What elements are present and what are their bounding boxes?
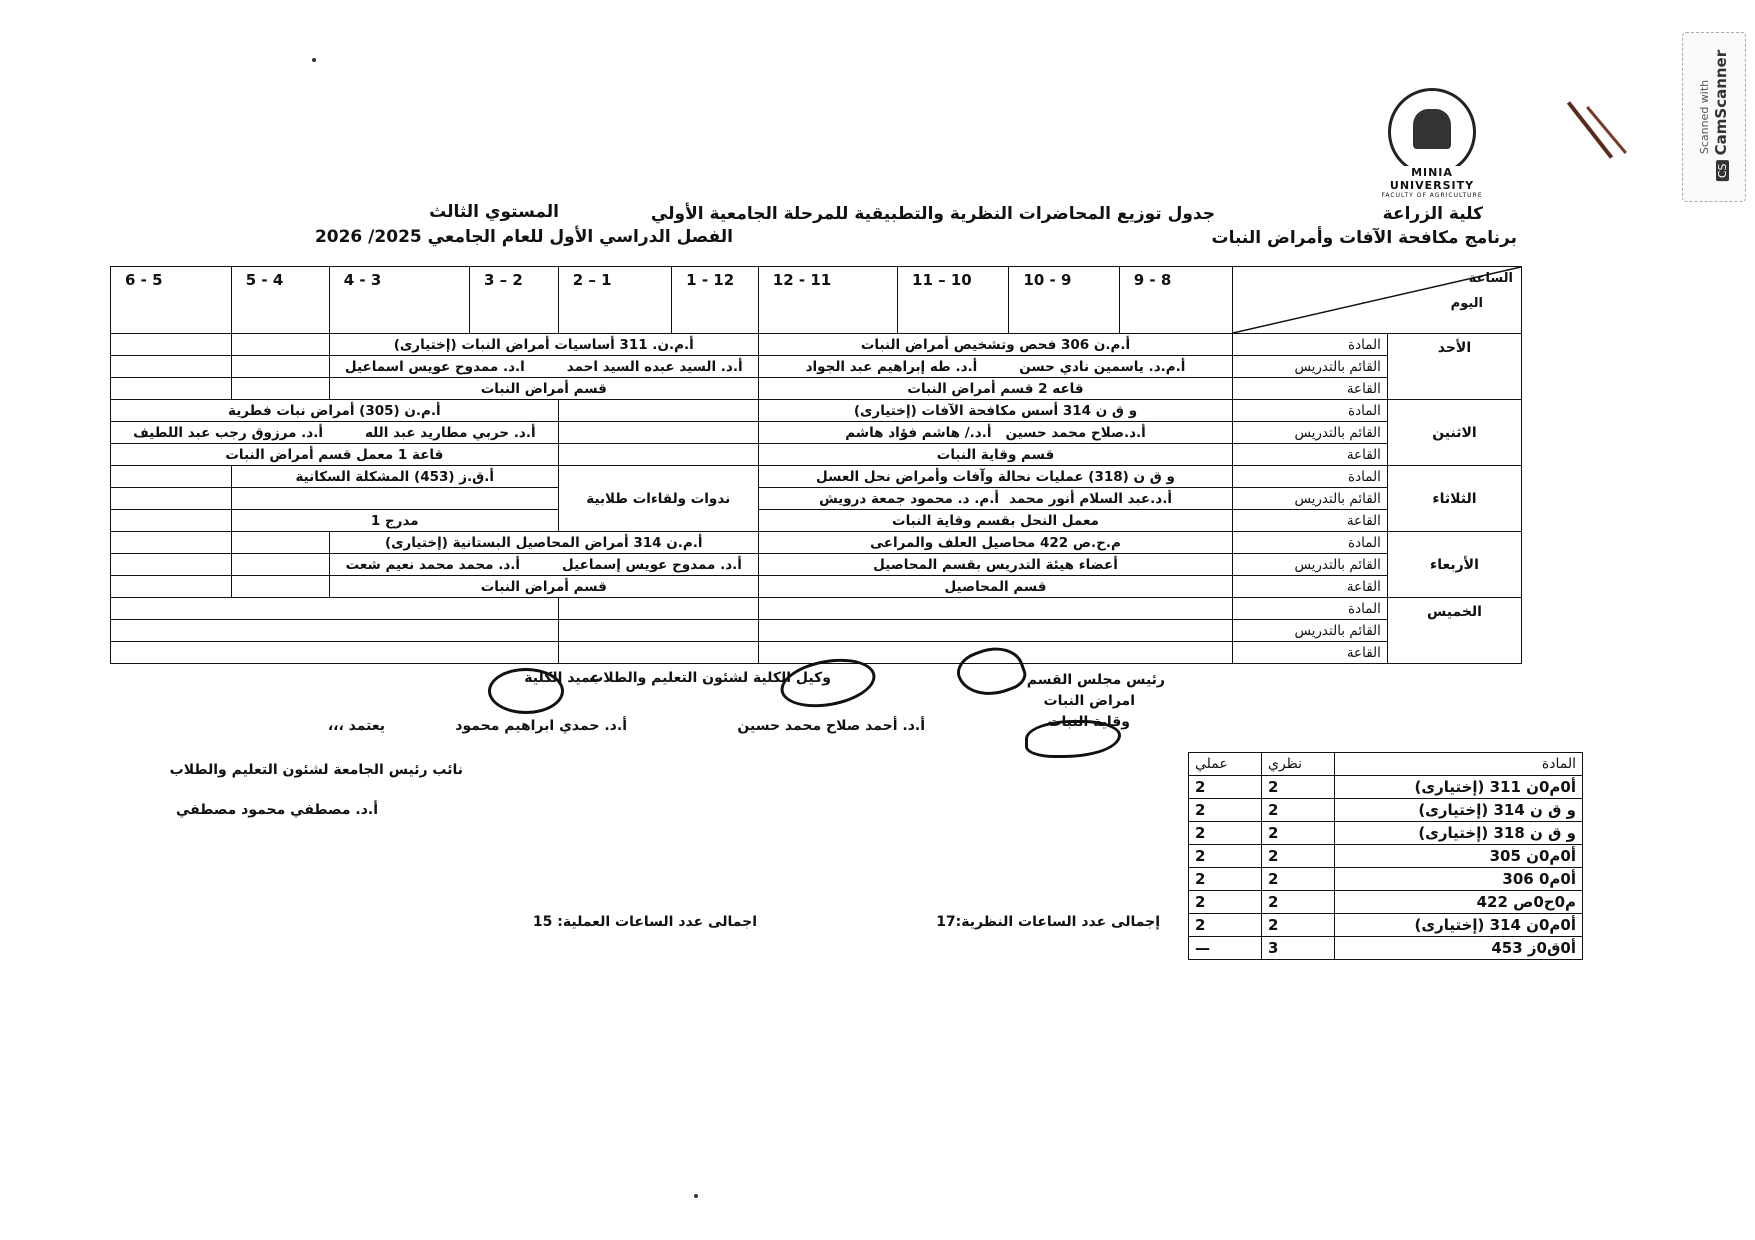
room-cell: قسم أمراض النبات [329, 576, 758, 598]
camscanner-watermark: Scanned with CS CamScanner [1682, 32, 1746, 202]
signature-mark [488, 668, 564, 714]
seminars-cell: ندوات ولقاءات طلابية [558, 466, 758, 532]
practical-cell: 2 [1189, 914, 1262, 937]
theory-cell: 2 [1262, 891, 1335, 914]
row-label-instructor: القائم بالتدريس [1233, 488, 1388, 510]
row-label-subject: المادة [1233, 598, 1388, 620]
table-row: أ0م0ن 30522 [1189, 845, 1583, 868]
dean-name: أ.د. حمدي ابراهيم محمود [455, 718, 627, 734]
level-label: المستوي الثالث [429, 202, 559, 222]
day-label: اليوم [1451, 296, 1483, 311]
empty-cell [111, 356, 232, 378]
empty-cell [558, 642, 758, 664]
subject-cell: أ.م.ن 314 أمراض المحاصيل البستانية (إختي… [329, 532, 758, 554]
table-row: الأحد المادة أ.م.ن 306 فحص وتشخيص أمراض … [111, 334, 1522, 356]
course-cell: أ0م0ن 305 [1335, 845, 1583, 868]
time-slot: 2 – 1 [558, 267, 671, 334]
header-practical: عملي [1189, 753, 1262, 776]
theory-cell: 2 [1262, 822, 1335, 845]
theory-cell: 2 [1262, 845, 1335, 868]
header-theory: نظري [1262, 753, 1335, 776]
semester-label: الفصل الدراسي الأول للعام الجامعي 2025/ … [315, 227, 733, 247]
approval-text: يعتمد ،،، [328, 718, 385, 734]
table-row: الخميس المادة [111, 598, 1522, 620]
practical-cell: 2 [1189, 845, 1262, 868]
room-cell: مدرج 1 [231, 510, 558, 532]
instructor-name: أ.د./ هاشم فؤاد هاشم [845, 425, 991, 441]
table-row: الاثنين المادة و ق ن 314 أسس مكافحة الآف… [111, 400, 1522, 422]
instructor-cell: أ.د. ممدوح عويس إسماعيلأ.د. محمد محمد نع… [329, 554, 758, 576]
empty-cell [111, 378, 232, 400]
time-slot: 6 - 5 [111, 267, 232, 334]
instructor-cell: أعضاء هيئة التدريس بقسم المحاصيل [758, 554, 1232, 576]
empty-cell [231, 532, 329, 554]
table-row: و ق ن 318 (إختيارى)22 [1189, 822, 1583, 845]
time-slot: 5 - 4 [231, 267, 329, 334]
subject-cell: و ق ن 314 أسس مكافحة الآفات (إختيارى) [758, 400, 1232, 422]
empty-cell [231, 356, 329, 378]
empty-cell [111, 642, 559, 664]
logo-subtext: FACULTY OF AGRICULTURE [1372, 192, 1492, 199]
row-label-instructor: القائم بالتدريس [1233, 422, 1388, 444]
table-row: القائم بالتدريس [111, 620, 1522, 642]
subject-cell: أ.ق.ز (453) المشكلة السكانية [231, 466, 558, 488]
faculty-name: كلية الزراعة [1383, 204, 1483, 224]
room-cell: قسم المحاصيل [758, 576, 1232, 598]
table-row: م0ح0ص 42222 [1189, 891, 1583, 914]
subject-cell: أ.م.ن. 311 أساسيات أمراض النبات (إختيارى… [329, 334, 758, 356]
time-slot: 1 - 12 [672, 267, 759, 334]
row-label-subject: المادة [1233, 400, 1388, 422]
row-label-subject: المادة [1233, 466, 1388, 488]
table-row: و ق ن 314 (إختيارى)22 [1189, 799, 1583, 822]
empty-cell [231, 554, 329, 576]
logo-emblem-icon [1388, 88, 1476, 176]
camscanner-logo-icon: CS [1716, 160, 1729, 181]
theory-cell: 2 [1262, 914, 1335, 937]
row-label-room: القاعة [1233, 510, 1388, 532]
empty-cell [231, 378, 329, 400]
row-label-subject: المادة [1233, 532, 1388, 554]
practical-cell: 2 [1189, 799, 1262, 822]
room-cell: قاعه 2 قسم أمراض النبات [758, 378, 1232, 400]
table-row: أ0ق0ز 4533— [1189, 937, 1583, 960]
table-row: أ0م0ن 311 (إختيارى)22 [1189, 776, 1583, 799]
schedule-table: الساعة 9 - 8 10 - 9 11 – 10 12 - 11 1 - … [110, 266, 1522, 664]
table-row: القاعة قسم وقاية النبات قاعة 1 معمل قسم … [111, 444, 1522, 466]
room-cell: قسم وقاية النبات [758, 444, 1232, 466]
row-label-room: القاعة [1233, 378, 1388, 400]
signature-mark [1025, 720, 1121, 758]
course-cell: م0ح0ص 422 [1335, 891, 1583, 914]
theory-cell: 2 [1262, 868, 1335, 891]
practical-cell: — [1189, 937, 1262, 960]
instructor-name: ا.د. ممدوح عويس اسماعيل [345, 359, 525, 375]
hour-label: الساعة [1469, 271, 1513, 286]
instructor-cell: أ.د.صلاح محمد حسينأ.د./ هاشم فؤاد هاشم [758, 422, 1232, 444]
time-slot: 12 - 11 [758, 267, 897, 334]
empty-cell [558, 620, 758, 642]
row-label-instructor: القائم بالتدريس [1233, 620, 1388, 642]
course-cell: أ0م0ن 314 (إختيارى) [1335, 914, 1583, 937]
instructor-name: أ.م. د. محمود جمعة درويش [819, 491, 999, 507]
empty-cell [231, 334, 329, 356]
empty-cell [111, 466, 232, 488]
practical-cell: 2 [1189, 868, 1262, 891]
row-label-subject: المادة [1233, 334, 1388, 356]
course-cell: و ق ن 318 (إختيارى) [1335, 822, 1583, 845]
theory-cell: 3 [1262, 937, 1335, 960]
day-thursday: الخميس [1387, 598, 1521, 664]
theory-cell: 2 [1262, 776, 1335, 799]
instructor-cell: أ.م.د. ياسمين نادي حسنأ.د. طه إبراهيم عب… [758, 356, 1232, 378]
course-cell: و ق ن 314 (إختيارى) [1335, 799, 1583, 822]
table-row: الأربعاء المادة م.ح.ص 422 محاصيل العلف و… [111, 532, 1522, 554]
empty-cell [558, 444, 758, 466]
instructor-cell: أ.د. حربي مطاريد عبد اللهأ.د. مرزوق رجب … [111, 422, 559, 444]
total-theory-hours: إجمالى عدد الساعات النظرية:17 [936, 914, 1160, 930]
day-wednesday: الأربعاء [1387, 532, 1521, 598]
practical-cell: 2 [1189, 891, 1262, 914]
empty-cell [558, 598, 758, 620]
vice-dean-name: أ.د. أحمد صلاح محمد حسين [737, 718, 925, 734]
empty-cell [231, 576, 329, 598]
table-row: القاعة [111, 642, 1522, 664]
scan-speck [694, 1194, 698, 1198]
vp-title: نائب رئيس الجامعة لشئون التعليم والطلاب [170, 762, 463, 778]
vp-name: أ.د. مصطفي محمود مصطفي [176, 802, 378, 818]
table-row: القائم بالتدريس أ.م.د. ياسمين نادي حسنأ.… [111, 356, 1522, 378]
table-row: القاعة معمل النحل بقسم وقاية النبات مدرج… [111, 510, 1522, 532]
table-row: القاعة قاعه 2 قسم أمراض النبات قسم أمراض… [111, 378, 1522, 400]
subject-cell: و ق ن (318) عمليات نحالة وآفات وأمراض نح… [758, 466, 1232, 488]
empty-cell [111, 334, 232, 356]
table-header-row: المادة نظري عملي [1189, 753, 1583, 776]
row-label-instructor: القائم بالتدريس [1233, 356, 1388, 378]
empty-cell [111, 554, 232, 576]
table-row: القائم بالتدريس أ.د.صلاح محمد حسينأ.د./ … [111, 422, 1522, 444]
instructor-name: أ.د. طه إبراهيم عبد الجواد [806, 359, 978, 375]
dept-head-dept1: امراض النبات [1044, 693, 1136, 709]
time-slot: 9 - 8 [1119, 267, 1232, 334]
empty-cell [558, 422, 758, 444]
row-label-room: القاعة [1233, 642, 1388, 664]
instructor-name: أ.د. السيد عبده السيد احمد [567, 359, 743, 375]
instructor-name: أ.م.د. ياسمين نادي حسن [1019, 359, 1185, 375]
table-row: القائم بالتدريس أعضاء هيئة التدريس بقسم … [111, 554, 1522, 576]
subject-cell: أ.م.ن 306 فحص وتشخيص أمراض النبات [758, 334, 1232, 356]
practical-cell: 2 [1189, 822, 1262, 845]
instructor-cell: أ.د. السيد عبده السيد احمدا.د. ممدوح عوي… [329, 356, 758, 378]
watermark-brand: CamScanner [1712, 50, 1730, 156]
practical-cell: 2 [1189, 776, 1262, 799]
row-label-room: القاعة [1233, 444, 1388, 466]
empty-cell [758, 620, 1232, 642]
subject-cell: أ.م.ن (305) أمراض نبات فطرية [111, 400, 559, 422]
empty-cell [111, 488, 232, 510]
subject-cell: م.ح.ص 422 محاصيل العلف والمراعى [758, 532, 1232, 554]
room-cell: قسم أمراض النبات [329, 378, 758, 400]
table-row: القاعة قسم المحاصيل قسم أمراض النبات [111, 576, 1522, 598]
instructor-name: أ.د. محمد محمد نعيم شعت [346, 557, 520, 573]
course-cell: أ0م0ن 311 (إختيارى) [1335, 776, 1583, 799]
instructor-name: أ.د.عبد السلام أنور محمد [1009, 491, 1172, 507]
page-title: جدول توزيع المحاضرات النظرية والتطبيقية … [651, 204, 1215, 224]
dept-head-title: رئيس مجلس القسم [1027, 672, 1165, 688]
logo-text: MINIA UNIVERSITY [1372, 166, 1492, 192]
empty-cell [111, 598, 559, 620]
table-row: أ0م0ن 314 (إختيارى)22 [1189, 914, 1583, 937]
instructor-name: أ.د. مرزوق رجب عبد اللطيف [133, 425, 323, 441]
table-row: القائم بالتدريس أ.د.عبد السلام أنور محمد… [111, 488, 1522, 510]
time-slot: 3 – 2 [470, 267, 559, 334]
room-cell: قاعة 1 معمل قسم أمراض النبات [111, 444, 559, 466]
instructor-name: أ.د. ممدوح عويس إسماعيل [562, 557, 742, 573]
day-tuesday: الثلاثاء [1387, 466, 1521, 532]
day-sunday: الأحد [1387, 334, 1521, 400]
instructor-name: أ.د.صلاح محمد حسين [1006, 425, 1146, 441]
empty-cell [231, 488, 558, 510]
empty-cell [758, 598, 1232, 620]
theory-cell: 2 [1262, 799, 1335, 822]
time-header-row: الساعة 9 - 8 10 - 9 11 – 10 12 - 11 1 - … [111, 267, 1522, 334]
time-slot: 11 – 10 [898, 267, 1009, 334]
room-cell: معمل النحل بقسم وقاية النبات [758, 510, 1232, 532]
row-label-room: القاعة [1233, 576, 1388, 598]
program-name: برنامج مكافحة الآفات وأمراض النبات [1212, 228, 1518, 248]
row-label-instructor: القائم بالتدريس [1233, 554, 1388, 576]
empty-cell [111, 576, 232, 598]
empty-cell [111, 510, 232, 532]
course-hours-table: المادة نظري عملي أ0م0ن 311 (إختيارى)22 و… [1188, 752, 1583, 960]
course-cell: أ0ق0ز 453 [1335, 937, 1583, 960]
table-row: الثلاثاء المادة و ق ن (318) عمليات نحالة… [111, 466, 1522, 488]
time-slot: 4 - 3 [329, 267, 469, 334]
day-monday: الاثنين [1387, 400, 1521, 466]
header-course: المادة [1335, 753, 1583, 776]
course-cell: أ0م0 306 [1335, 868, 1583, 891]
instructor-name: أ.د. حربي مطاريد عبد الله [365, 425, 536, 441]
watermark-small-text: Scanned with [1698, 50, 1711, 184]
time-slot: 10 - 9 [1009, 267, 1119, 334]
empty-cell [111, 620, 559, 642]
scan-speck [312, 58, 316, 62]
total-practical-hours: اجمالى عدد الساعات العملية: 15 [533, 914, 757, 930]
table-row: أ0م0 30622 [1189, 868, 1583, 891]
empty-cell [111, 532, 232, 554]
university-logo: MINIA UNIVERSITY FACULTY OF AGRICULTURE [1372, 88, 1492, 183]
empty-cell [558, 400, 758, 422]
instructor-cell: أ.د.عبد السلام أنور محمدأ.م. د. محمود جم… [758, 488, 1232, 510]
